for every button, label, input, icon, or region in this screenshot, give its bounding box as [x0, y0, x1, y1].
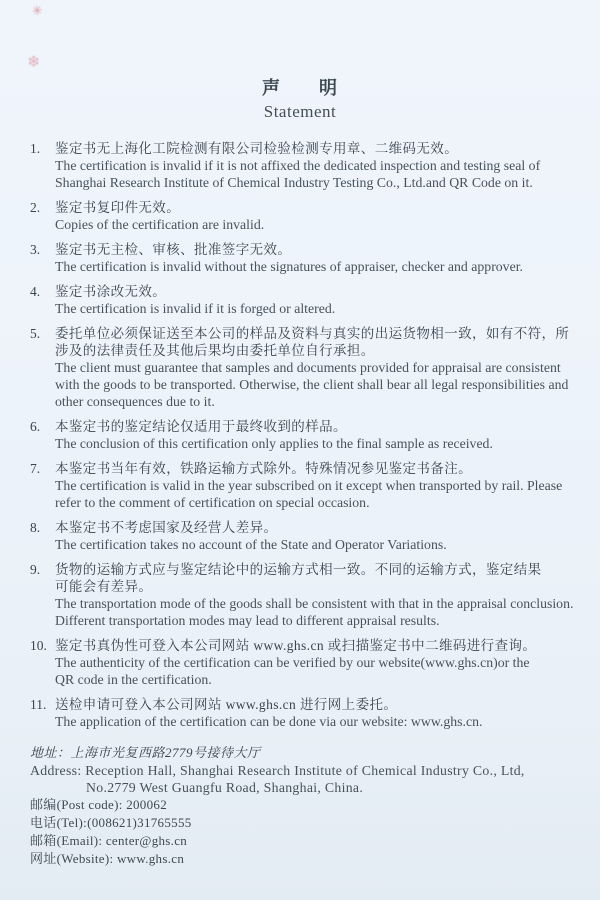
item-number: 3.: [30, 241, 55, 275]
address-en-line1: Address: Reception Hall, Shanghai Resear…: [30, 762, 576, 779]
item-text-zh: 鉴定书无主检、审核、批准签字无效。: [55, 241, 576, 258]
statement-item-3: 3. 鉴定书无主检、审核、批准签字无效。 The certification i…: [30, 241, 576, 275]
item-text-en: The certification takes no account of th…: [55, 536, 576, 553]
item-text-zh: 委托单位必须保证送至本公司的样品及资料与真实的出运货物相一致，如有不符，所 涉及…: [55, 325, 576, 359]
red-stamp-mark-icon: ✳: [31, 3, 44, 19]
statement-item-1: 1. 鉴定书无上海化工院检测有限公司检验检测专用章、二维码无效。 The cer…: [30, 140, 576, 191]
item-text-en: The certification is valid in the year s…: [55, 477, 576, 511]
statement-item-11: 11. 送检申请可登入本公司网站 www.ghs.cn 进行网上委托。 The …: [30, 696, 576, 730]
item-text-en: The conclusion of this certification onl…: [55, 435, 576, 452]
item-text-zh: 鉴定书涂改无效。: [55, 283, 576, 300]
item-text-zh: 鉴定书复印件无效。: [55, 199, 576, 216]
statement-item-5: 5. 委托单位必须保证送至本公司的样品及资料与真实的出运货物相一致，如有不符，所…: [30, 325, 576, 410]
statement-item-6: 6. 本鉴定书的鉴定结论仅适用于最终收到的样品。 The conclusion …: [30, 418, 576, 452]
statement-item-4: 4. 鉴定书涂改无效。 The certification is invalid…: [30, 283, 576, 317]
address-en-line2: No.2779 West Guangfu Road, Shanghai, Chi…: [30, 779, 576, 796]
item-text-en: The certification is invalid if it is no…: [55, 157, 576, 191]
contact-block: 地址：上海市光复西路2779号接待大厅 Address: Reception H…: [0, 738, 600, 868]
item-text-zh: 鉴定书无上海化工院检测有限公司检验检测专用章、二维码无效。: [55, 140, 576, 157]
statement-document-page: ✳ ❄ 声 明 Statement 1. 鉴定书无上海化工院检测有限公司检验检测…: [0, 0, 600, 900]
item-number: 5.: [30, 325, 55, 410]
website-line: 网址(Website): www.ghs.cn: [30, 850, 576, 868]
statement-items-list: 1. 鉴定书无上海化工院检测有限公司检验检测专用章、二维码无效。 The cer…: [0, 140, 600, 730]
telephone-line: 电话(Tel):(008621)31765555: [30, 814, 576, 832]
address-zh: 地址：上海市光复西路2779号接待大厅: [30, 744, 576, 762]
item-number: 2.: [30, 199, 55, 233]
statement-item-8: 8. 本鉴定书不考虑国家及经营人差异。 The certification ta…: [30, 519, 576, 553]
item-number: 11.: [30, 696, 55, 730]
item-text-en: The transportation mode of the goods sha…: [55, 595, 576, 629]
item-text-zh: 送检申请可登入本公司网站 www.ghs.cn 进行网上委托。: [55, 696, 576, 713]
item-number: 6.: [30, 418, 55, 452]
email-line: 邮箱(Email): center@ghs.cn: [30, 832, 576, 850]
page-title-zh: 声 明: [0, 74, 600, 100]
statement-item-10: 10. 鉴定书真伪性可登入本公司网站 www.ghs.cn 或扫描鉴定书中二维码…: [30, 637, 576, 688]
item-number: 1.: [30, 140, 55, 191]
item-text-zh: 本鉴定书当年有效，铁路运输方式除外。特殊情况参见鉴定书备注。: [55, 460, 576, 477]
statement-item-7: 7. 本鉴定书当年有效，铁路运输方式除外。特殊情况参见鉴定书备注。 The ce…: [30, 460, 576, 511]
item-text-en: The certification is invalid if it is fo…: [55, 300, 576, 317]
item-number: 10.: [30, 637, 55, 688]
statement-item-2: 2. 鉴定书复印件无效。 Copies of the certification…: [30, 199, 576, 233]
item-number: 9.: [30, 561, 55, 629]
item-number: 8.: [30, 519, 55, 553]
post-code-line: 邮编(Post code): 200062: [30, 796, 576, 814]
page-title-en: Statement: [0, 102, 600, 122]
statement-item-9: 9. 货物的运输方式应与鉴定结论中的运输方式相一致。不同的运输方式，鉴定结果 可…: [30, 561, 576, 629]
item-number: 4.: [30, 283, 55, 317]
item-text-zh: 鉴定书真伪性可登入本公司网站 www.ghs.cn 或扫描鉴定书中二维码进行查询…: [55, 637, 576, 654]
item-text-zh: 本鉴定书的鉴定结论仅适用于最终收到的样品。: [55, 418, 576, 435]
item-text-en: The certification is invalid without the…: [55, 258, 576, 275]
item-text-zh: 本鉴定书不考虑国家及经营人差异。: [55, 519, 576, 536]
red-snowflake-mark-icon: ❄: [27, 52, 40, 71]
item-text-en: Copies of the certification are invalid.: [55, 216, 576, 233]
item-text-zh: 货物的运输方式应与鉴定结论中的运输方式相一致。不同的运输方式，鉴定结果 可能会有…: [55, 561, 576, 595]
item-number: 7.: [30, 460, 55, 511]
item-text-en: The application of the certification can…: [55, 713, 576, 730]
item-text-en: The client must guarantee that samples a…: [55, 359, 576, 410]
item-text-en: The authenticity of the certification ca…: [55, 654, 576, 688]
